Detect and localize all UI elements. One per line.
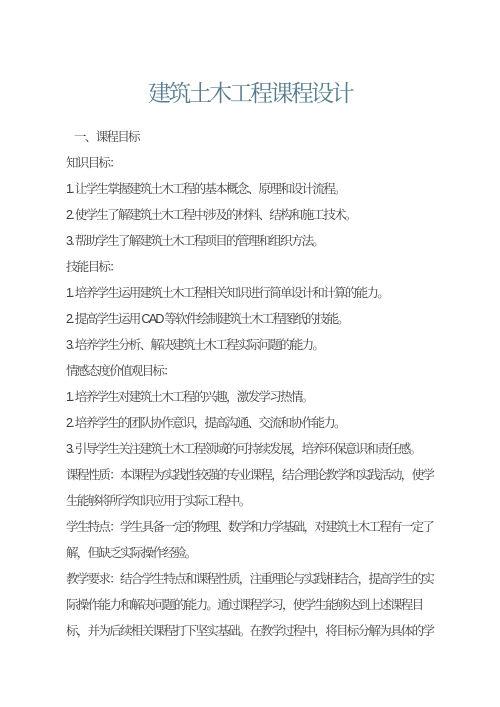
teaching-requirements-line-2: 际操作能力和解决问题的能力。通过课程学习，使学生能够达到上述课程目 [66, 592, 450, 618]
teaching-requirements-line-3: 标，并为后续相关课程打下坚实基础。在教学过程中，将目标分解为具体的学 [66, 618, 450, 644]
knowledge-goal-item-2: 2. 使学生了解建筑土木工程中涉及的材料、结构和施工技术。 [66, 202, 450, 228]
skill-goal-item-1: 1. 培养学生运用建筑土木工程相关知识进行简单设计和计算的能力。 [66, 280, 450, 306]
student-traits-line-2: 解，但缺乏实际操作经验。 [66, 540, 450, 566]
affective-goal-item-3: 3. 引导学生关注建筑土木工程领域的可持续发展，培养环保意识和责任感。 [66, 436, 450, 462]
label-skill-goals: 技能目标： [66, 254, 450, 280]
course-nature-line-1: 课程性质：本课程为实践性较强的专业课程，结合理论教学和实践活动，使学 [66, 462, 450, 488]
student-traits-line-1: 学生特点：学生具备一定的物理、数学和力学基础，对建筑土木工程有一定了 [66, 514, 450, 540]
skill-goal-item-3: 3. 培养学生分析、解决建筑土木工程实际问题的能力。 [66, 332, 450, 358]
knowledge-goal-item-3: 3. 帮助学生了解建筑土木工程项目的管理和组织方法。 [66, 228, 450, 254]
affective-goal-item-2: 2. 培养学生的团队协作意识，提高沟通、交流和协作能力。 [66, 410, 450, 436]
label-knowledge-goals: 知识目标： [66, 150, 450, 176]
course-nature-line-2: 生能够将所学知识应用于实际工程中。 [66, 488, 450, 514]
document-page: 建筑土木工程课程设计 一、课程目标 知识目标： 1. 让学生掌握建筑土木工程的基… [0, 0, 500, 707]
knowledge-goal-item-1: 1. 让学生掌握建筑土木工程的基本概念、原理和设计流程。 [66, 176, 450, 202]
section-heading-course-objectives: 一、课程目标 [66, 124, 450, 150]
document-title: 建筑土木工程课程设计 [0, 80, 500, 107]
skill-goal-item-2: 2. 提高学生运用 CAD 等软件绘制建筑土木工程图纸的技能。 [66, 306, 450, 332]
teaching-requirements-line-1: 教学要求：结合学生特点和课程性质，注重理论与实践相结合，提高学生的实 [66, 566, 450, 592]
document-body: 一、课程目标 知识目标： 1. 让学生掌握建筑土木工程的基本概念、原理和设计流程… [66, 124, 450, 644]
affective-goal-item-1: 1. 培养学生对建筑土木工程的兴趣，激发学习热情。 [66, 384, 450, 410]
label-affective-goals: 情感态度价值观目标： [66, 358, 450, 384]
